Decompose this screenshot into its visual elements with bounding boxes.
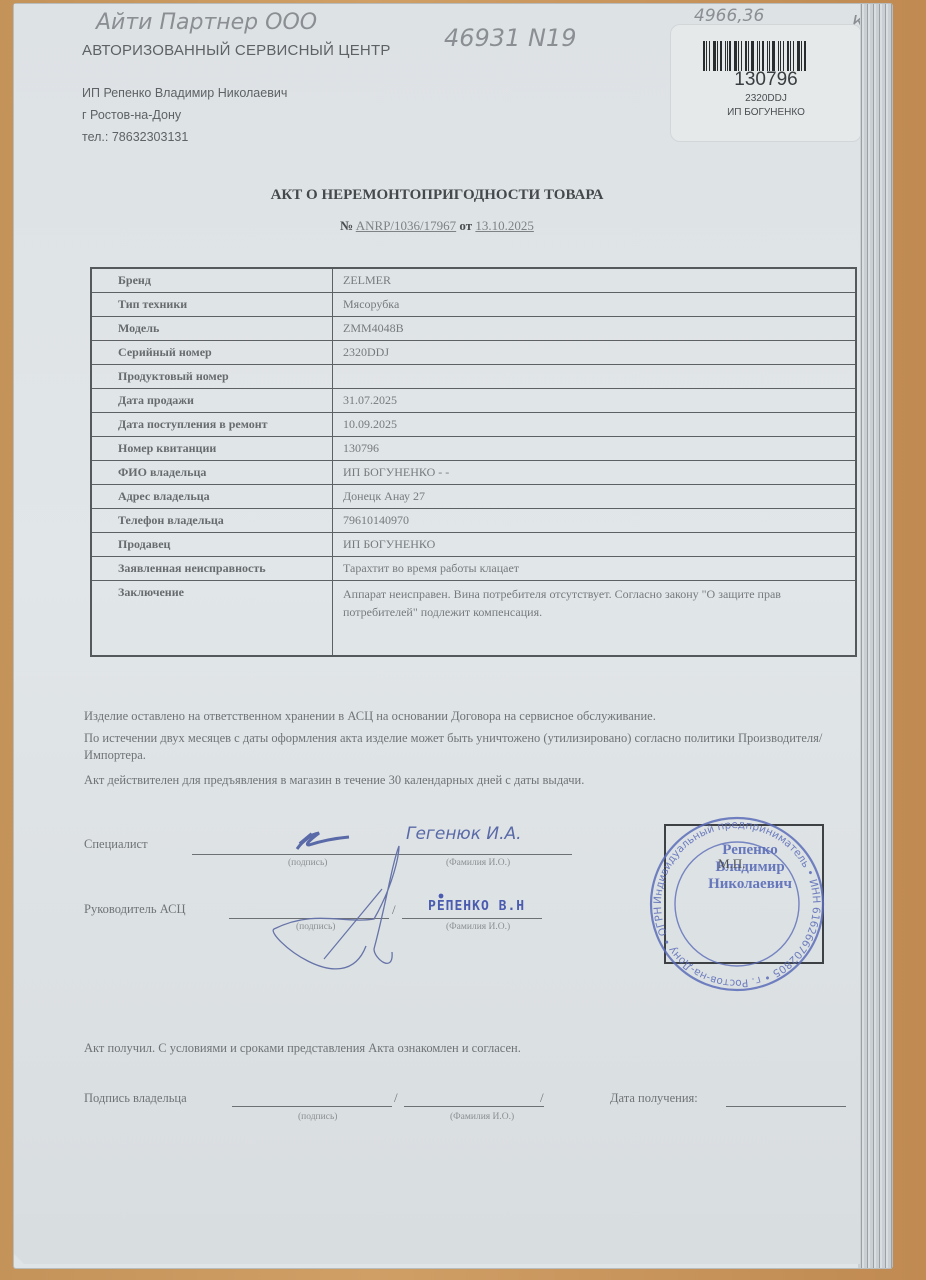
stamp-center-text: Репенко Владимир Николаевич	[690, 842, 810, 893]
paper-edges	[858, 4, 892, 1268]
head-signature-icon	[273, 846, 399, 969]
owner-name-line[interactable]	[404, 1106, 544, 1107]
stamp-place-label: М.П.	[718, 856, 745, 872]
owner-signature-line[interactable]	[232, 1106, 392, 1107]
owner-slash-2: /	[540, 1090, 544, 1106]
receipt-date-label: Дата получения:	[610, 1091, 698, 1106]
document-page: Айти Партнер ООО 46931 N19 4966,36 К АВТ…	[14, 4, 860, 1264]
owner-name-caption: (Фамилия И.О.)	[450, 1112, 514, 1122]
official-stamp-icon: Индивидуальный предприниматель • ИНН 616…	[642, 814, 832, 994]
signature-strokes	[14, 4, 860, 1264]
receipt-statement: Акт получил. С условиями и сроками предс…	[84, 1040, 844, 1057]
owner-slash-1: /	[394, 1090, 398, 1106]
owner-signature-label: Подпись владельца	[84, 1091, 187, 1106]
owner-signature-caption: (подпись)	[298, 1112, 337, 1122]
receipt-date-line[interactable]	[726, 1106, 846, 1107]
